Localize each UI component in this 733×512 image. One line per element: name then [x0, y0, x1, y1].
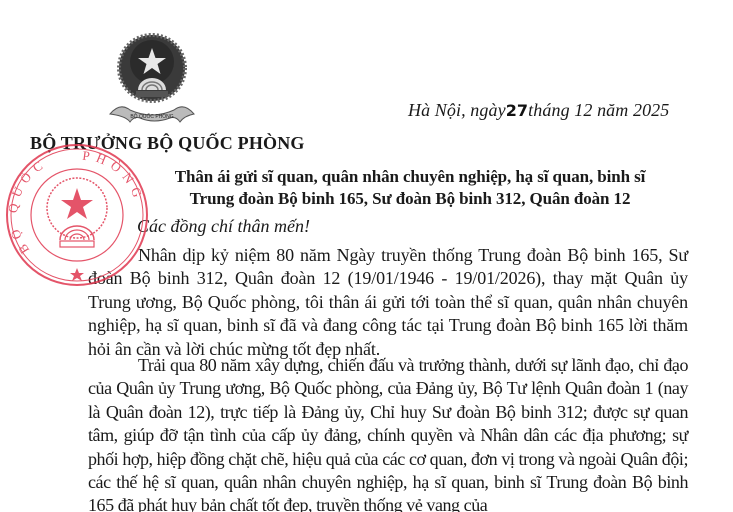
heading-line-2: Trung đoàn Bộ binh 165, Sư đoàn Bộ binh … — [130, 188, 690, 210]
heading-line-1: Thân ái gửi sĩ quan, quân nhân chuyên ng… — [130, 166, 690, 188]
letter-page: BỘ QUỐC PHÒNG Hà Nội, ngày27tháng 12 năm… — [0, 0, 733, 512]
svg-text:BỘ QUỐC: BỘ QUỐC — [5, 155, 50, 257]
date-prefix: Hà Nội, ngày — [408, 100, 506, 120]
issuer-title: BỘ TRƯỞNG BỘ QUỐC PHÒNG — [30, 133, 305, 154]
date-line: Hà Nội, ngày27tháng 12 năm 2025 — [408, 100, 669, 121]
body-paragraph-1: Nhân dịp kỷ niệm 80 năm Ngày truyền thốn… — [88, 244, 688, 361]
letter-heading: Thân ái gửi sĩ quan, quân nhân chuyên ng… — [130, 166, 690, 210]
date-suffix: tháng 12 năm 2025 — [528, 100, 669, 120]
salutation: Các đồng chí thân mến! — [137, 216, 310, 237]
body-paragraph-2: Trải qua 80 năm xây dựng, chiến đấu và t… — [88, 354, 688, 512]
svg-text:BỘ QUỐC PHÒNG: BỘ QUỐC PHÒNG — [130, 113, 173, 120]
vietnam-national-emblem-icon: BỘ QUỐC PHÒNG — [106, 28, 198, 128]
handwritten-day: 27 — [506, 101, 528, 120]
